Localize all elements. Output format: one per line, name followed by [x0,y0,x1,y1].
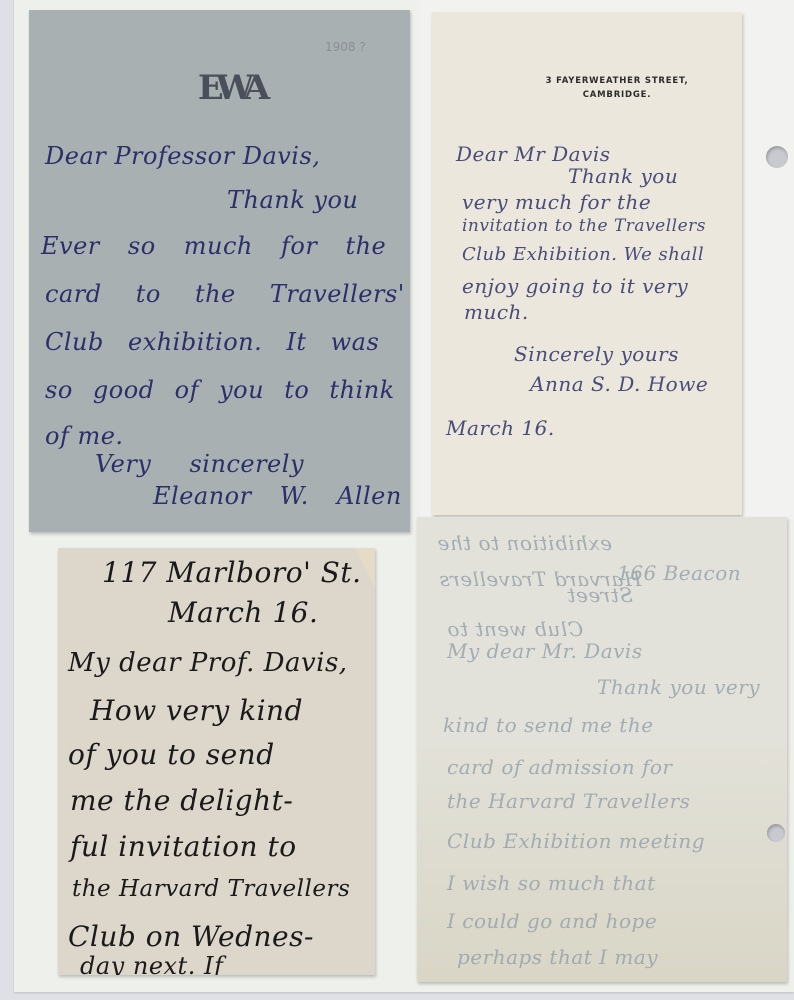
closing: Sincerely yours [514,342,679,366]
mirrored-line: Club went to [447,617,583,641]
letter-line: of me. [45,422,124,450]
salutation: Dear Professor Davis, [45,142,320,170]
letter-line: 166 Beacon [617,561,741,585]
letter-line: very much for the [462,190,651,214]
letter-line: much. [464,300,529,324]
letter-line: Club exhibition. It was [45,328,379,356]
album-page: 1908 ? EWA Dear Professor Davis, Thank y… [0,0,794,1000]
letter-marlboro: 117 Marlboro' St. March 16. My dear Prof… [58,548,375,975]
letter-line: Thank you [568,164,678,188]
mirrored-line: Street [567,583,633,607]
date: March 16. [446,416,555,440]
signature: Eleanor W. Allen [153,482,402,510]
letter-line: card to the Travellers' [45,280,405,308]
letterhead-city: CAMBRIDGE. [432,90,742,100]
letter-faded: exhibition to the Harvard Travellers 166… [417,517,787,982]
letter-howe: 3 FAYERWEATHER STREET, CAMBRIDGE. Dear M… [432,12,742,515]
letter-line: card of admission for [447,755,672,779]
letter-line: kind to send me the [443,713,654,737]
letter-line: Club Exhibition meeting [447,829,705,853]
letter-line: I wish so much that [447,871,656,895]
date: March 16. [168,596,318,629]
letter-line: the Harvard Travellers [72,876,350,902]
letter-line: day next. If [80,952,223,975]
pencil-date-note: 1908 ? [325,40,366,54]
letter-line: enjoy going to it very [462,274,688,298]
letter-line: the Harvard Travellers [447,789,690,813]
punch-hole-icon [767,824,785,842]
letter-line: perhaps that I may [457,945,658,969]
address: 117 Marlboro' St. [102,556,362,589]
letter-line: ful invitation to [70,830,297,863]
signature: Anna S. D. Howe [530,372,708,396]
letter-line: invitation to the Travellers [462,216,706,236]
letter-line: Club on Wednes- [68,920,314,953]
letterhead-street: 3 FAYERWEATHER STREET, [432,76,742,86]
letter-line: me the delight- [70,784,293,817]
letter-line: Club Exhibition. We shall [462,244,704,265]
punch-hole-icon [766,146,788,168]
salutation: Dear Mr Davis [456,142,611,166]
monogram-emblem-icon: EWA [201,60,259,116]
letter-line: I could go and hope [447,909,657,933]
closing: Very sincerely [95,450,304,478]
letter-allen: 1908 ? EWA Dear Professor Davis, Thank y… [29,10,410,532]
letter-line: Thank you very [597,675,760,699]
salutation: My dear Prof. Davis, [68,648,348,678]
letter-line: so good of you to think [45,376,395,404]
letter-line: My dear Mr. Davis [447,639,643,663]
letter-line: Thank you [227,186,358,214]
letter-line: Ever so much for the [41,232,386,260]
letter-line: of you to send [68,738,275,771]
mirrored-line: exhibition to the [437,531,612,555]
letter-line: How very kind [90,694,303,727]
